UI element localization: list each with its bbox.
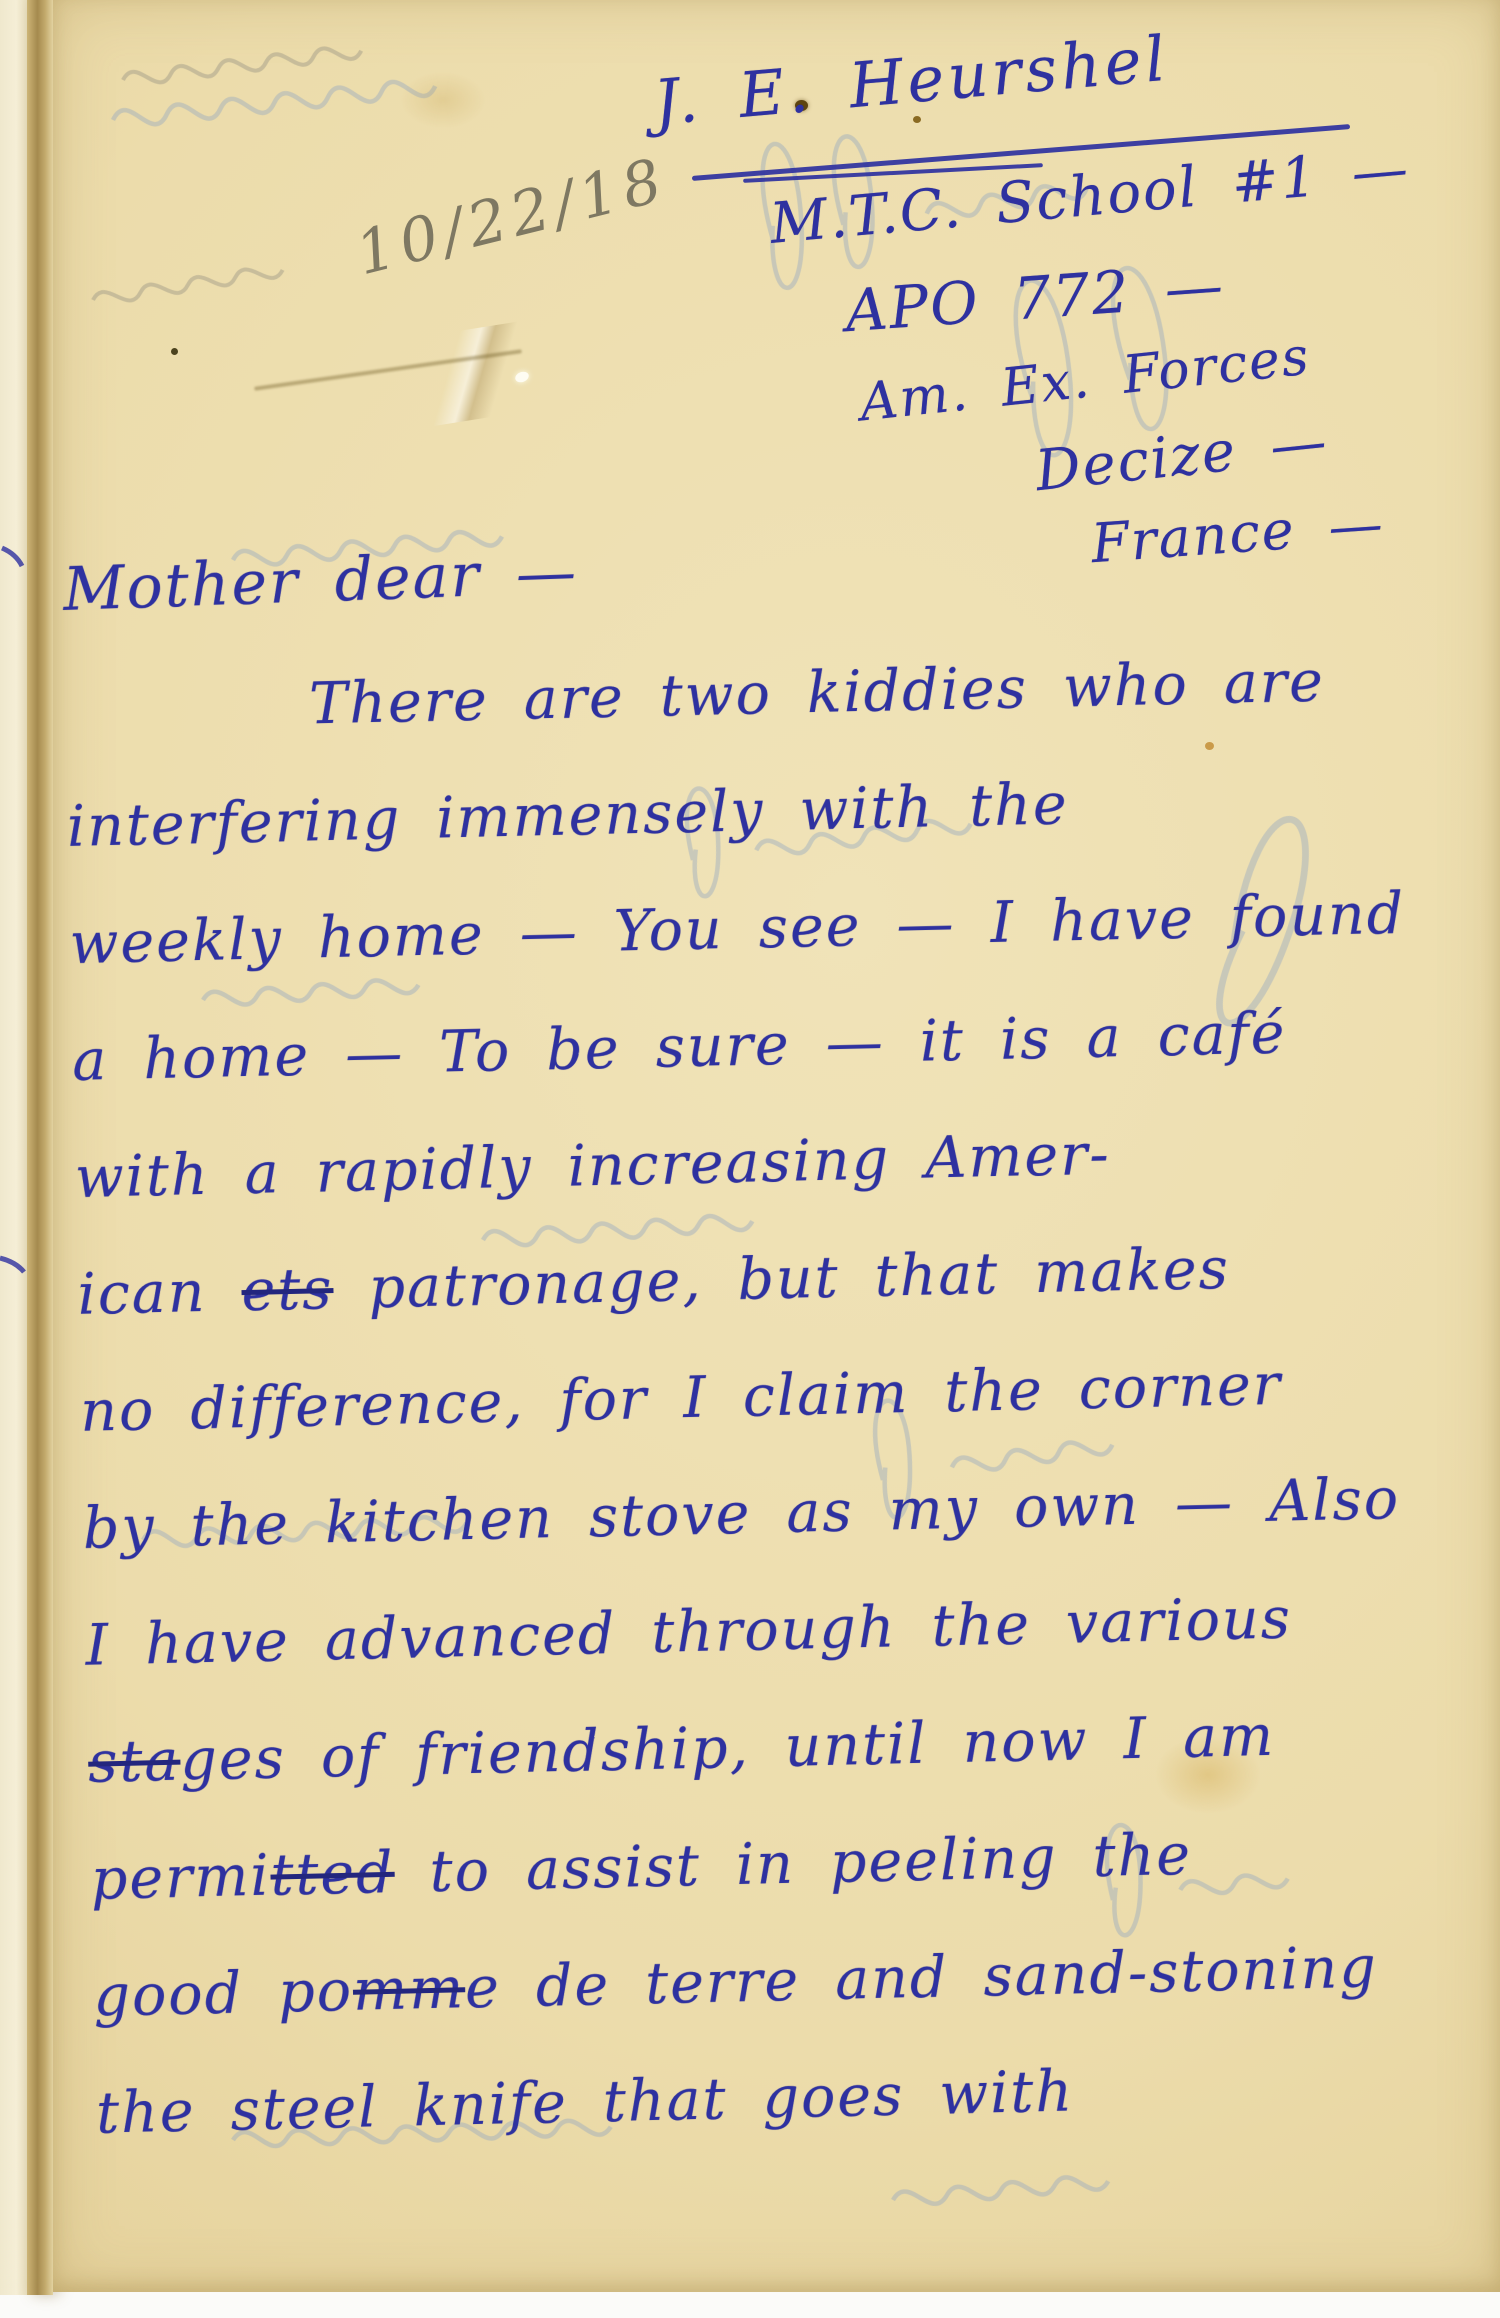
line-segment: I have advanced through the various xyxy=(85,1585,1293,1678)
address-line-country: France — xyxy=(1089,492,1386,575)
line-segment: weekly home — You see — I have found xyxy=(69,881,1406,977)
signature-name: J. E. Heurshel xyxy=(651,22,1172,140)
line-segment: ges of friendship, until now I am xyxy=(180,1703,1276,1794)
paper-speck xyxy=(913,116,921,123)
line-segment: good po xyxy=(93,1958,354,2030)
pencil-date-annotation: 10/22/18 xyxy=(349,145,674,290)
adjacent-page-ink-marks xyxy=(0,0,27,2295)
paper-speck xyxy=(171,348,178,355)
line-segment: by the kitchen stove as my own — Also xyxy=(82,1466,1401,1562)
page-fold-crease xyxy=(27,0,53,2295)
line-segment: ets xyxy=(241,1256,334,1324)
salutation: Mother dear — xyxy=(62,537,579,625)
adjacent-page-edge xyxy=(0,0,27,2295)
line-segment: interfering immensely with the xyxy=(66,771,1069,860)
line-segment: patronage, but that makes xyxy=(333,1236,1231,1322)
line-segment: no difference, for I claim the corner xyxy=(79,1352,1282,1445)
line-segment: mm xyxy=(352,1955,466,2024)
line-segment: a home — To be sure — it is a café xyxy=(72,1000,1288,1094)
line-segment: sta xyxy=(87,1728,181,1796)
letter-page: 10/22/18 J. E. Heurshel M.T.C. School #1… xyxy=(53,0,1500,2292)
line-segment: There are two kiddies who are xyxy=(309,648,1326,737)
line-segment: ican xyxy=(77,1258,242,1328)
scanned-letter: 10/22/18 J. E. Heurshel M.T.C. School #1… xyxy=(0,0,1500,2318)
line-segment: to assist in peeling the xyxy=(394,1822,1193,1906)
address-line-school: M.T.C. School #1 — xyxy=(767,136,1412,257)
address-line-city: Decize — xyxy=(1032,409,1331,504)
line-segment: permi xyxy=(90,1843,271,1913)
line-segment: e de terre and sand-stoning xyxy=(464,1935,1378,2022)
line-segment: the steel knife that goes with xyxy=(95,2058,1074,2146)
line-segment: with a rapidly increasing Amer- xyxy=(74,1121,1111,1210)
line-segment: tted xyxy=(270,1840,396,1909)
letter-body: There are two kiddies who areinterfering… xyxy=(63,620,1500,2173)
paper-stain xyxy=(383,60,503,140)
address-line-apo: APO 772 — xyxy=(843,251,1227,345)
